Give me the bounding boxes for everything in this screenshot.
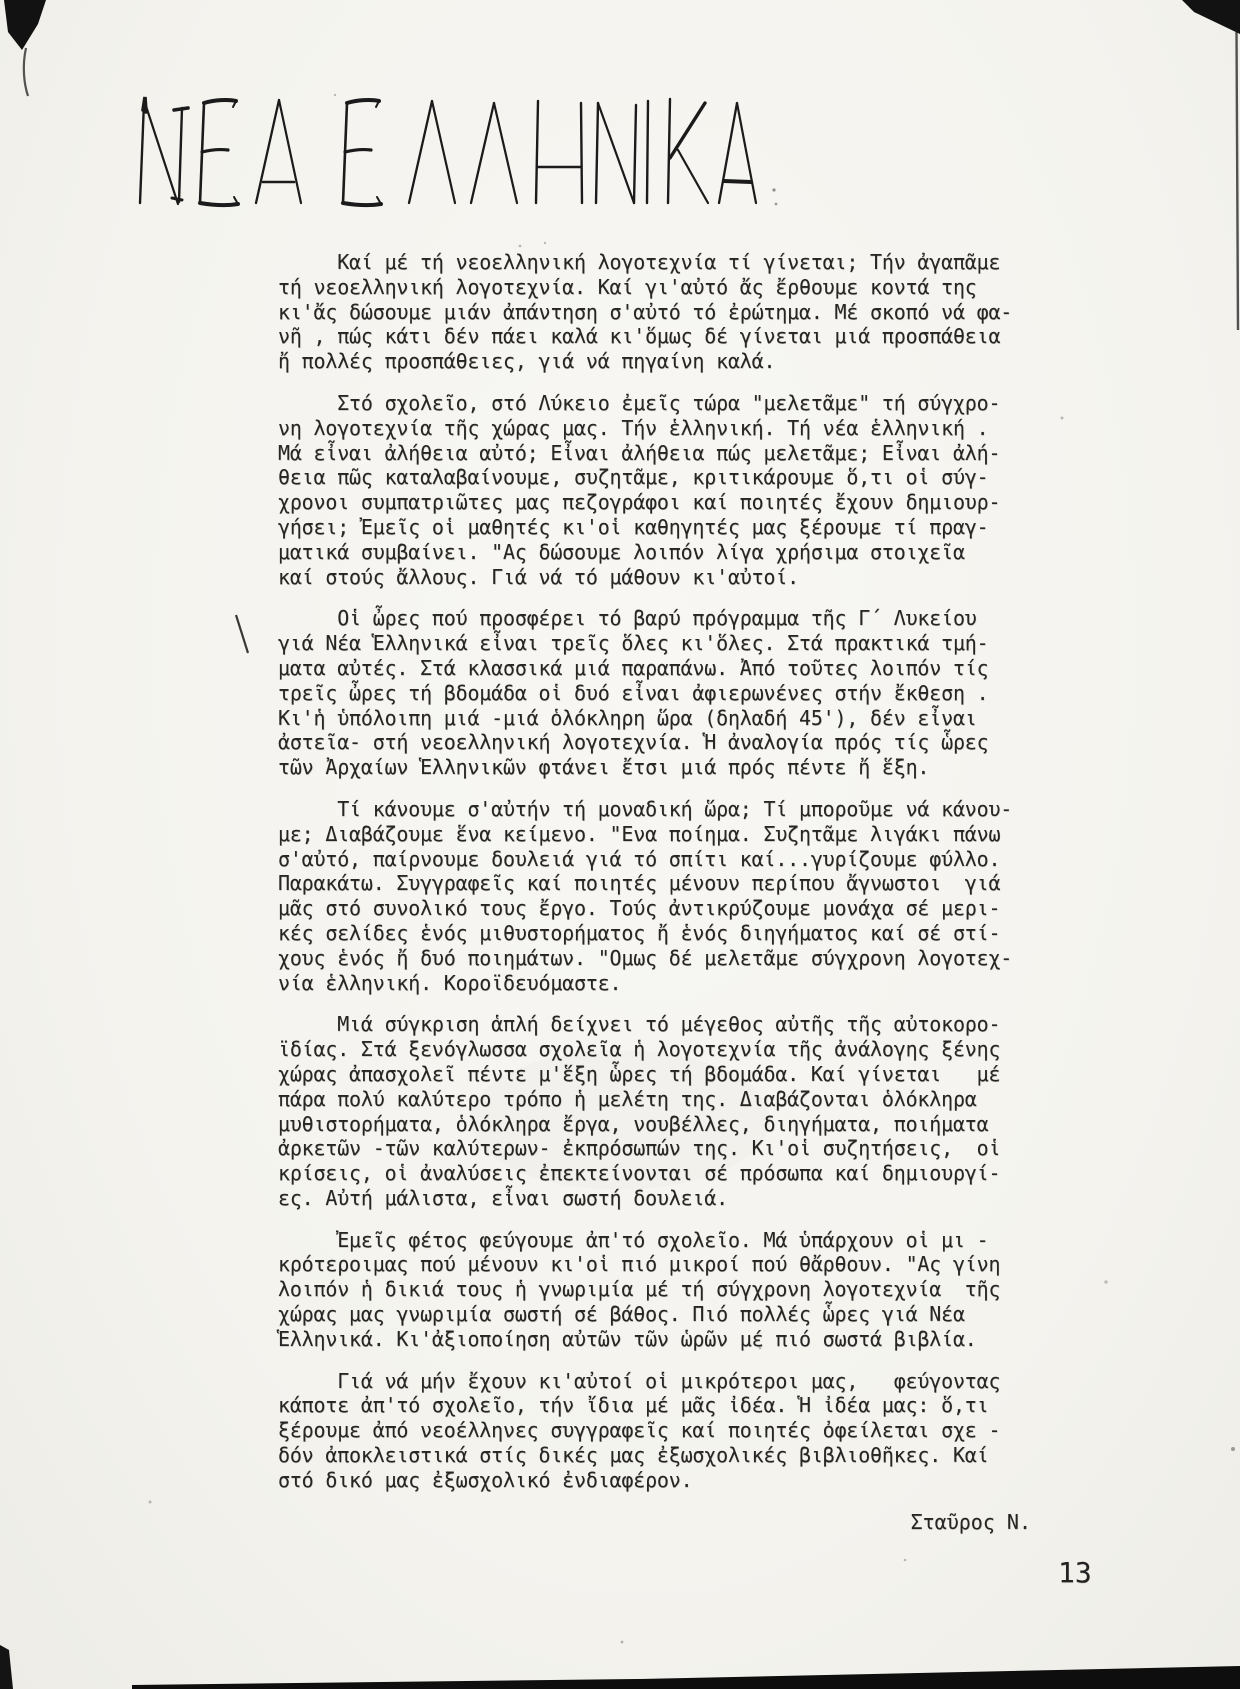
artifact-stray-slash-mark [236,615,248,653]
author-signature: Σταῦρος Ν. [278,1510,1053,1535]
paragraph: Οἱ ὦρες πού προσφέρει τό βαρύ πρόγραμμα … [278,606,1053,780]
artifact-top-right-wedge [1182,0,1240,34]
scanned-document-page: ΝΕΑ ΕΛΛΗΝΙΚΑ [0,0,1240,1689]
paragraph: Τί κάνουμε σ'αὐτήν τή μοναδική ὥρα; Τί μ… [278,797,1053,995]
paragraph: Καί μέ τή νεοελληνική λογοτεχνία τί γίνε… [278,250,1053,374]
artifact-top-left-tail [24,48,28,96]
page-title-drawing [130,90,790,216]
artifact-top-left-blob [4,0,46,50]
artifact-bottom-left-corner [0,1645,13,1689]
artifact-right-edge-line [1237,30,1239,330]
paragraph: Γιά νά μήν ἔχουν κι'αὐτοί οἱ μικρότεροι … [278,1369,1053,1493]
article-body: Καί μέ τή νεοελληνική λογοτεχνία τί γίνε… [278,250,1053,1534]
artifact-bottom-band [132,1666,1240,1689]
paragraph: Ἐμεῖς φέτος φεύγουμε ἀπ'τό σχολεῖο. Μά ὑ… [278,1228,1053,1352]
paragraph: Στό σχολεῖο, στό Λύκειο ἐμεῖς τώρα "μελε… [278,391,1053,589]
title-ink-specks [772,188,777,205]
paragraph: Μιά σύγκριση ἁπλή δείχνει τό μέγεθος αὐτ… [278,1012,1053,1210]
page-number: 13 [1058,1556,1092,1589]
page-title: ΝΕΑ ΕΛΛΗΝΙΚΑ [130,90,790,216]
